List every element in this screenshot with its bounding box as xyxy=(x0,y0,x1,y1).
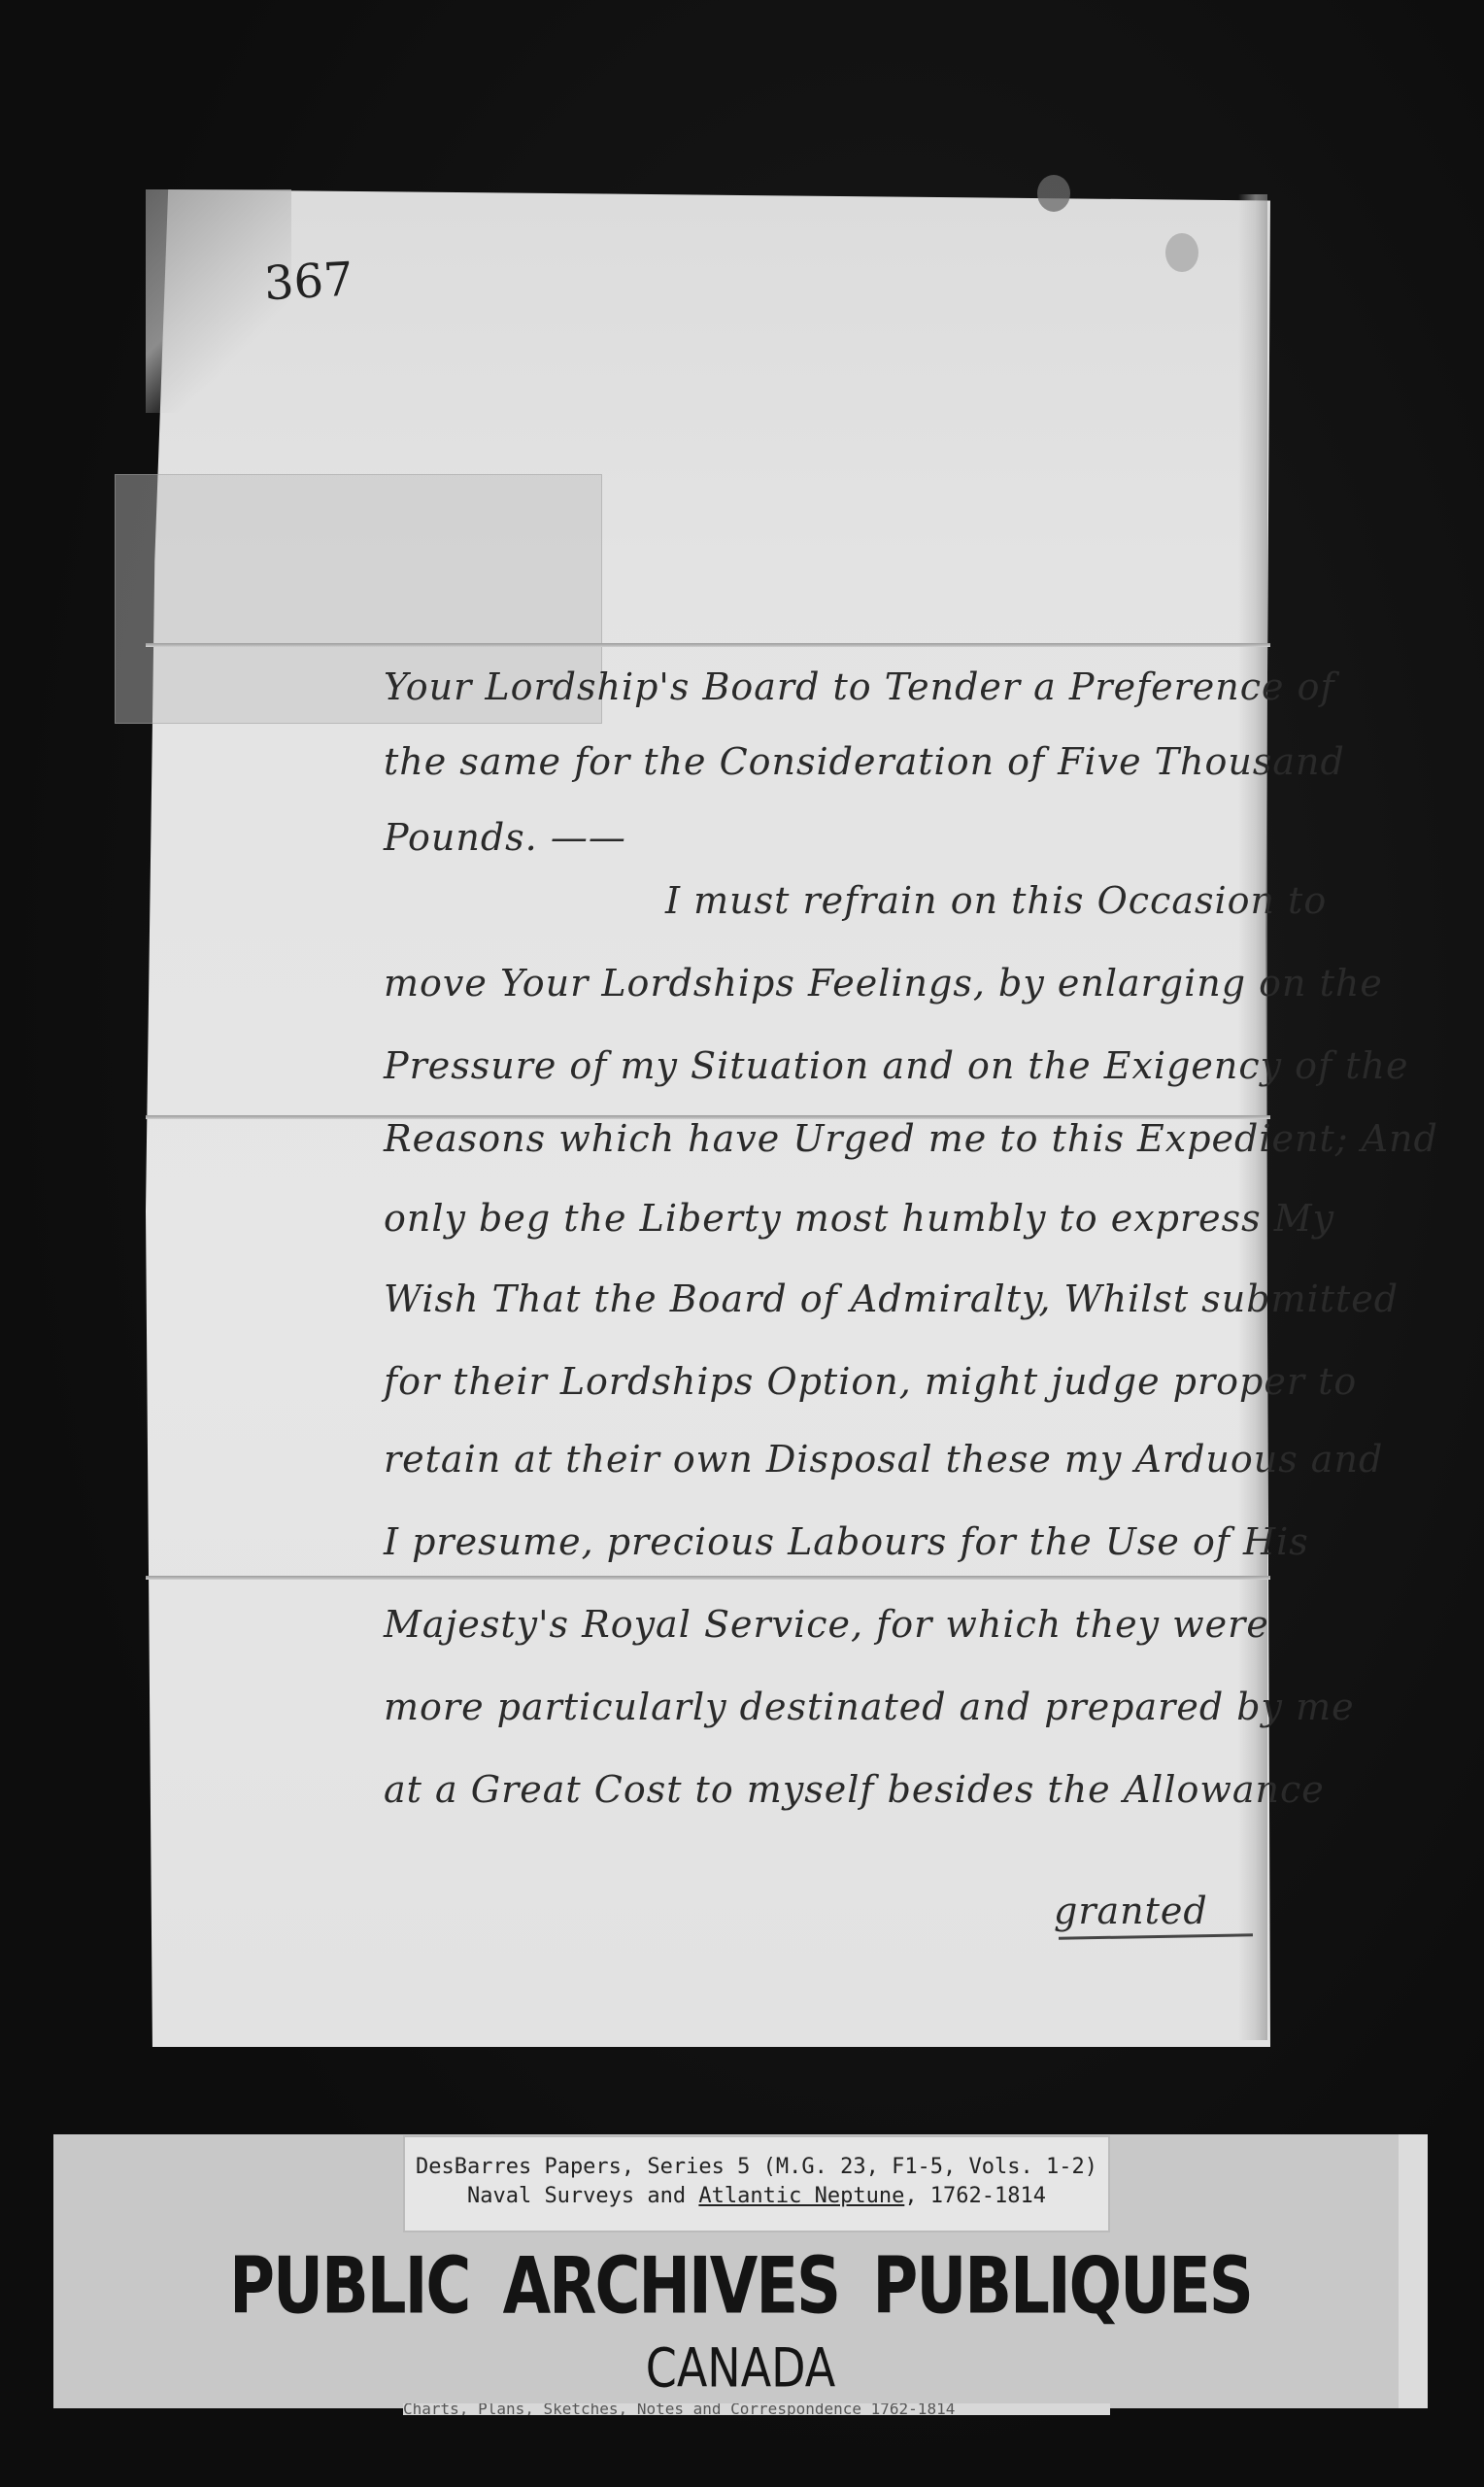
handwritten-line: I must refrain on this Occasion to xyxy=(665,879,1327,922)
label-line-2: Naval Surveys and Atlantic Neptune, 1762… xyxy=(405,2182,1108,2211)
handwritten-line: at a Great Cost to myself besides the Al… xyxy=(384,1768,1325,1811)
handwritten-line: Wish That the Board of Admiralty, Whilst… xyxy=(384,1278,1399,1320)
handwritten-line: Majesty's Royal Service, for which they … xyxy=(384,1603,1269,1646)
underlined-title: Atlantic Neptune xyxy=(698,2184,904,2208)
fold-line xyxy=(146,643,1270,647)
handwritten-line: Pressure of my Situation and on the Exig… xyxy=(384,1044,1408,1087)
label-line-1: DesBarres Papers, Series 5 (M.G. 23, F1-… xyxy=(405,2153,1108,2182)
handwritten-line: for their Lordships Option, might judge … xyxy=(384,1360,1357,1403)
handwritten-line: Pounds. —— xyxy=(384,816,626,859)
handwritten-line: only beg the Liberty most humbly to expr… xyxy=(384,1197,1334,1240)
banner-title: PUBLIC ARCHIVES PUBLIQUES xyxy=(53,2242,1428,2333)
handwritten-line: I presume, precious Labours for the Use … xyxy=(384,1520,1309,1563)
handwritten-line: retain at their own Disposal these my Ar… xyxy=(384,1438,1383,1481)
label-bottom-strip: Charts, Plans, Sketches, Notes and Corre… xyxy=(403,2403,1110,2415)
handwritten-line: the same for the Consideration of Five T… xyxy=(384,740,1345,783)
handwritten-line: move Your Lordships Feelings, by enlargi… xyxy=(384,962,1383,1005)
water-stain xyxy=(1165,233,1198,272)
handwritten-line: Your Lordship's Board to Tender a Prefer… xyxy=(384,665,1335,708)
fold-line xyxy=(146,1576,1270,1580)
banner-subtitle: CANADA xyxy=(53,2336,1428,2400)
handwritten-line: Reasons which have Urged me to this Expe… xyxy=(384,1117,1438,1160)
folio-number: 367 xyxy=(263,253,354,312)
handwritten-line: more particularly destinated and prepare… xyxy=(384,1686,1355,1728)
ink-stain xyxy=(1037,175,1070,212)
collection-label: DesBarres Papers, Series 5 (M.G. 23, F1-… xyxy=(403,2135,1110,2232)
catchword: granted xyxy=(1054,1890,1208,1932)
